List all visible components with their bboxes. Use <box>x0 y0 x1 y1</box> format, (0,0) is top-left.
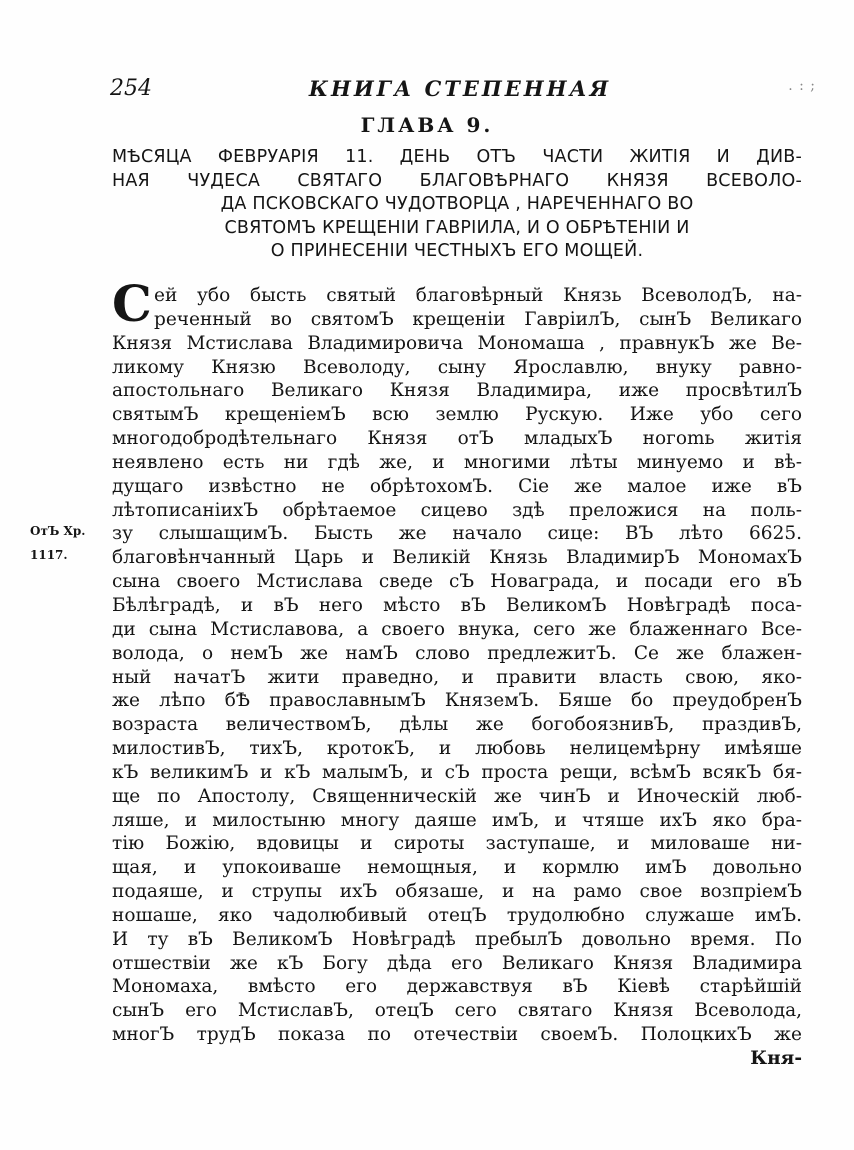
chapter-title: МѢСЯЦА ФЕВРУАРІЯ 11. ДЕНЬ ОТЪ ЧАСТИ ЖИТІ… <box>112 146 802 264</box>
body-line: дущаго извѣстно не обрѣтохомЪ. Сіе же ма… <box>112 475 802 499</box>
body-line: щая, и упокоиваше немощныя, и кормлю имЪ… <box>112 856 802 880</box>
chapter-title-line: МѢСЯЦА ФЕВРУАРІЯ 11. ДЕНЬ ОТЪ ЧАСТИ ЖИТІ… <box>112 146 802 170</box>
running-title: КНИГА СТЕПЕННАЯ <box>110 76 810 101</box>
body-line: Князя Мстислава Владимировича Мономаша ,… <box>112 332 802 356</box>
chapter-label: ГЛАВА 9. <box>0 113 854 137</box>
body-text: ей убо бысть святый благовѣрный Князь Вс… <box>112 284 802 1071</box>
body-line: реченный во святомЪ крещеніи ГавріилЪ, с… <box>112 308 802 332</box>
body-line: зу слышащимЪ. Бысть же начало сице: ВЪ л… <box>112 522 802 546</box>
body-line: апостольнаго Великаго Князя Владимира, и… <box>112 379 802 403</box>
chapter-title-line: СВЯТОМЪ КРЕЩЕНІИ ГАВРІИЛА, И О ОБРѢТЕНІИ… <box>112 217 802 241</box>
chapter-title-line: НАЯ ЧУДЕСА СВЯТАГО БЛАГОВѢРНАГО КНЯЗЯ ВС… <box>112 170 802 194</box>
book-page: 254 КНИГА СТЕПЕННАЯ . : ; ГЛАВА 9. МѢСЯЦ… <box>0 0 854 1150</box>
body-line: отшествіи же кЪ Богу дѣда его Великаго К… <box>112 952 802 976</box>
body-line: благовѣнчанный Царь и Великій Князь Влад… <box>112 546 802 570</box>
chapter-title-line: О ПРИНЕСЕНІИ ЧЕСТНЫХЪ ЕГО МОЩЕЙ. <box>112 240 802 264</box>
body-line: Мономаха, вмѣсто его державствуя вЪ Кіев… <box>112 975 802 999</box>
corner-mark: . : ; <box>788 78 816 94</box>
running-head: 254 КНИГА СТЕПЕННАЯ . : ; <box>110 76 810 106</box>
margin-note: ОтЪ Хр. 1117. <box>30 519 110 567</box>
chapter-title-line: ДА ПСКОВСКАГО ЧУДОТВОРЦА , НАРЕЧЕННАГО В… <box>112 193 802 217</box>
body-line: ликому Князю Всеволоду, сыну Ярославлю, … <box>112 356 802 380</box>
body-line: Бѣлѣградѣ, и вЪ него мѣсто вЪ ВеликомЪ Н… <box>112 594 802 618</box>
body-line: ди сына Мстиславова, а своего внука, сег… <box>112 618 802 642</box>
body-line: кЪ великимЪ и кЪ малымЪ, и сЪ проста рещ… <box>112 761 802 785</box>
body-line: ношаше, яко чадолюбивый отецЪ трудолюбно… <box>112 904 802 928</box>
body-line: сына своего Мстислава сведе сЪ Новаграда… <box>112 570 802 594</box>
body-line: сынЪ его МстиславЪ, отецЪ сего святаго К… <box>112 999 802 1023</box>
body-line: ще по Апостолу, Священническій же чинЪ и… <box>112 785 802 809</box>
body-line: тію Божію, вдовицы и сироты заступаше, и… <box>112 832 802 856</box>
margin-note-era: ОтЪ Хр. <box>30 519 110 543</box>
body-line: же лѣпо бѢ православнымЪ КняземЪ. Бяше б… <box>112 689 802 713</box>
body-line: ный начатЪ жити праведно, и правити влас… <box>112 666 802 690</box>
body-line: возраста величествомЪ, дѣлы же богобоязн… <box>112 713 802 737</box>
margin-note-year: 1117. <box>30 543 110 567</box>
catchword: Кня- <box>112 1047 802 1071</box>
body-line: подаяше, и струпы ихЪ обязаше, и на рамо… <box>112 880 802 904</box>
body-line: лѣтописаніихЪ обрѣтаемое сицево здѣ прел… <box>112 499 802 523</box>
body-line: многЪ трудЪ показа по отечествіи своемЪ.… <box>112 1023 802 1047</box>
body-line: милостивЪ, тихЪ, кротокЪ, и любовь нелиц… <box>112 737 802 761</box>
body-line: волода, о немЪ же намЪ слово предлежитЪ.… <box>112 642 802 666</box>
body-line: неявлено есть ни гдѣ же, и многими лѣты … <box>112 451 802 475</box>
body-line: святымЪ крещеніемЪ всю землю Рускую. Иже… <box>112 403 802 427</box>
body-line: многодобродѣтельнаго Князя отЪ младыхЪ н… <box>112 427 802 451</box>
body-line: ей убо бысть святый благовѣрный Князь Вс… <box>112 284 802 308</box>
body-line: И ту вЪ ВеликомЪ Новѣградѣ пребылЪ довол… <box>112 928 802 952</box>
body-line: ляше, и милостыню многу даяше имЪ, и чтя… <box>112 809 802 833</box>
